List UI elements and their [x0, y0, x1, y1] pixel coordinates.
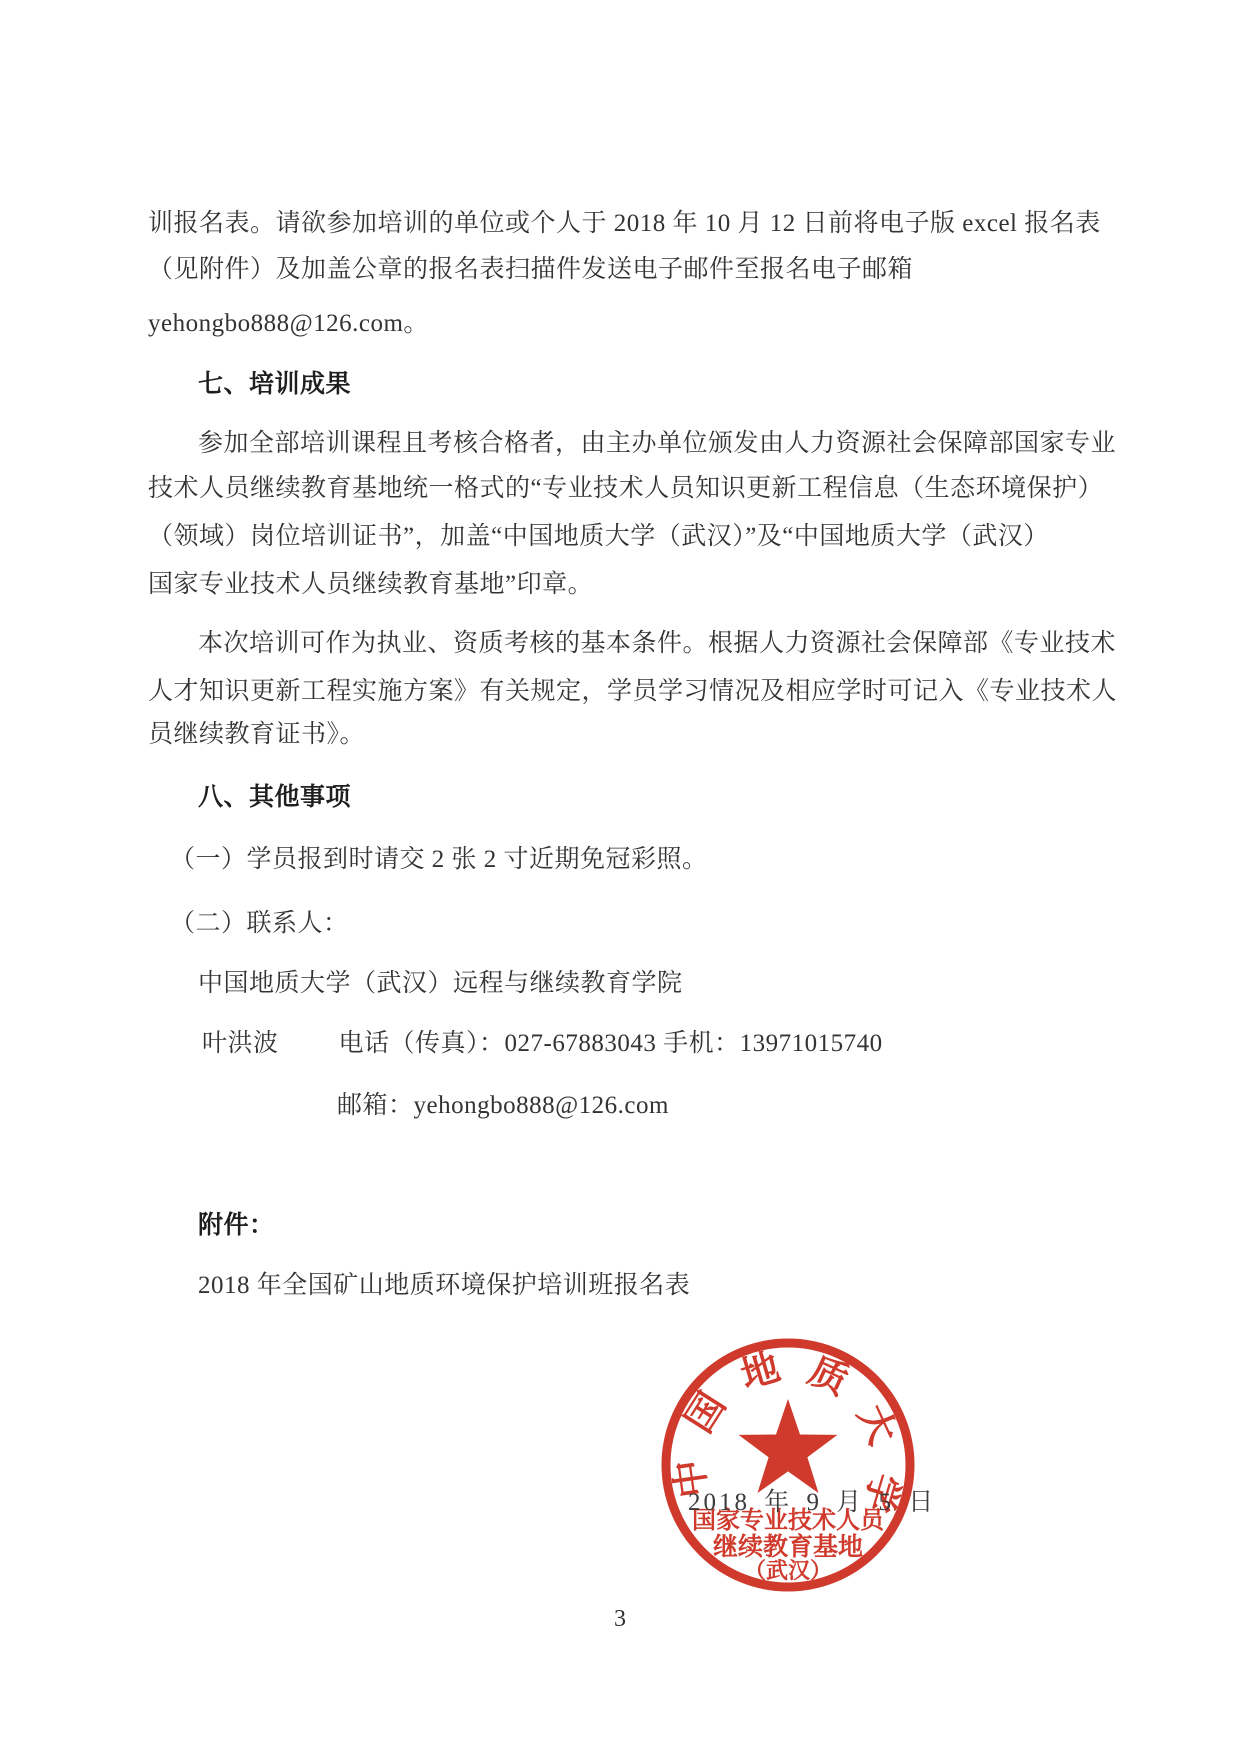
attachment-heading: 附件： [198, 1212, 275, 1241]
official-seal-stamp: 中 国 地 质 大 学 国家专业技术人员 继续教育基地 （武汉） [655, 1332, 921, 1598]
contact-name: 叶洪波 [202, 1030, 279, 1057]
seal-text-line3: （武汉） [744, 1558, 832, 1583]
document-date: 2018 年 9 月 5 日 [688, 1482, 936, 1518]
list-item-2: （二）联系人： [170, 910, 349, 939]
page-number: 3 [600, 1606, 640, 1633]
body-line-email: yehongbo888@126.com。 [148, 310, 429, 339]
body-line: 参加全部培训课程且考核合格者，由主办单位颁发由人力资源社会保障部国家专业 [198, 430, 1116, 459]
contact-email: 邮箱：yehongbo888@126.com [337, 1092, 669, 1121]
body-line: 技术人员继续教育基地统一格式的“专业技术人员知识更新工程信息（生态环境保护） [148, 475, 1103, 504]
contact-line: 叶洪波电话（传真）：027-67883043 手机：13971015740 [202, 1030, 883, 1059]
organization-line: 中国地质大学（武汉）远程与继续教育学院 [198, 970, 683, 999]
seal-arc-char: 地 [736, 1346, 784, 1397]
seal-graphic: 中 国 地 质 大 学 国家专业技术人员 继续教育基地 （武汉） [655, 1332, 921, 1598]
star-icon [739, 1399, 838, 1493]
list-item-1: （一）学员报到时请交 2 张 2 寸近期免冠彩照。 [170, 846, 708, 875]
body-line: （见附件）及加盖公章的报名表扫描件发送电子邮件至报名电子邮箱 [148, 256, 913, 285]
body-line: 人才知识更新工程实施方案》有关规定，学员学习情况及相应学时可记入《专业技术人 [148, 678, 1117, 707]
attachment-item: 2018 年全国矿山地质环境保护培训班报名表 [198, 1272, 690, 1301]
body-line: 训报名表。请欲参加培训的单位或个人于 2018 年 10 月 12 日前将电子版… [148, 210, 1101, 239]
section-heading-7: 七、培训成果 [198, 371, 351, 400]
seal-text-line2: 继续教育基地 [713, 1532, 863, 1561]
document-page: 训报名表。请欲参加培训的单位或个人于 2018 年 10 月 12 日前将电子版… [0, 0, 1240, 1754]
body-line: 本次培训可作为执业、资质考核的基本条件。根据人力资源社会保障部《专业技术 [198, 630, 1116, 659]
contact-phone: 电话（传真）：027-67883043 手机：13971015740 [339, 1030, 883, 1057]
body-line: （领域）岗位培训证书”，加盖“中国地质大学（武汉）”及“中国地质大学（武汉） [148, 523, 1049, 552]
body-line: 国家专业技术人员继续教育基地”印章。 [148, 571, 593, 600]
body-line: 员继续教育证书》。 [148, 721, 365, 750]
section-heading-8: 八、其他事项 [198, 784, 351, 813]
